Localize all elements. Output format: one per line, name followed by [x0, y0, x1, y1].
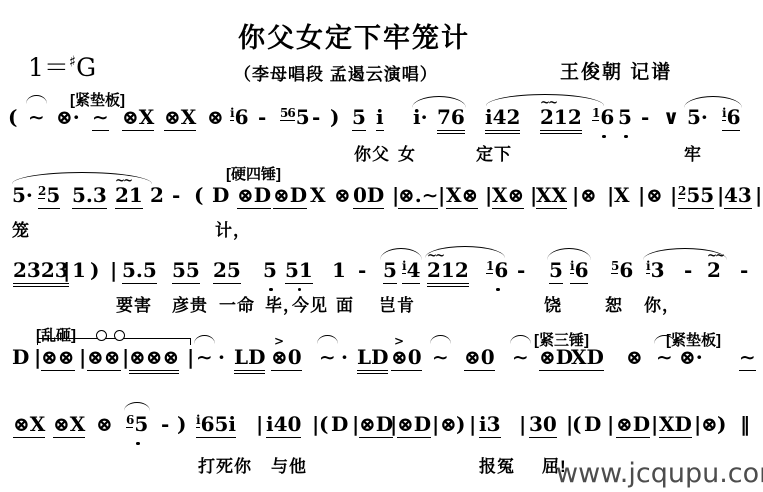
- grace-note: i: [196, 413, 200, 428]
- notation-token: i65i: [196, 411, 236, 438]
- notation-token: 65: [126, 411, 148, 437]
- notation-token: D: [331, 411, 348, 437]
- notation-token: |: [256, 411, 263, 437]
- lyric-syllable: 打死你: [198, 452, 252, 477]
- low-octave-dot: [136, 442, 140, 446]
- lyric-syllable: 屈!: [542, 452, 567, 477]
- lyric-syllable: 报冤: [479, 452, 515, 477]
- notation-token: |: [432, 411, 439, 437]
- notation-token: ⊗: [440, 411, 457, 437]
- notation-token: ⊗D: [397, 411, 431, 438]
- notation-token: ⊗D: [359, 411, 393, 438]
- notation-token: ⊗X: [13, 411, 45, 438]
- notation-token: |: [519, 411, 526, 437]
- lyric-syllable: 与他: [271, 452, 307, 477]
- notation-token: 30: [529, 411, 557, 438]
- notation-token: ): [456, 411, 465, 437]
- notation-token: ‖: [740, 411, 750, 437]
- notation-token: |: [469, 411, 476, 437]
- notation-token: ): [717, 411, 726, 437]
- system-5: ⊗X⊗X⊗65-)i65i|i40|(D|⊗D|⊗D|⊗)|i3|30|(D|⊗…: [0, 0, 763, 492]
- notation-token: (: [319, 411, 328, 437]
- notation-token: ⊗D: [616, 411, 650, 438]
- notation-token: XD: [659, 411, 692, 438]
- notation-token: (: [572, 411, 581, 437]
- notation-token: ⊗: [701, 411, 718, 437]
- grace-note: 6: [126, 413, 133, 428]
- notation-token: |: [651, 411, 658, 437]
- notation-token: i3: [479, 411, 501, 438]
- notation-token: ⊗X: [53, 411, 85, 438]
- notation-token: |: [607, 411, 614, 437]
- notation-token: ): [177, 411, 186, 437]
- notation-token: D: [584, 411, 601, 437]
- score-page: 你父女定下牢笼计 1＝♯G （李母唱段 孟遏云演唱） 王俊朝 记谱 www.jc…: [0, 0, 763, 492]
- notation-token: ⊗: [96, 411, 113, 437]
- notation-token: i40: [266, 411, 301, 438]
- fermata-arc-icon: [124, 402, 150, 411]
- notation-token: -: [161, 411, 169, 437]
